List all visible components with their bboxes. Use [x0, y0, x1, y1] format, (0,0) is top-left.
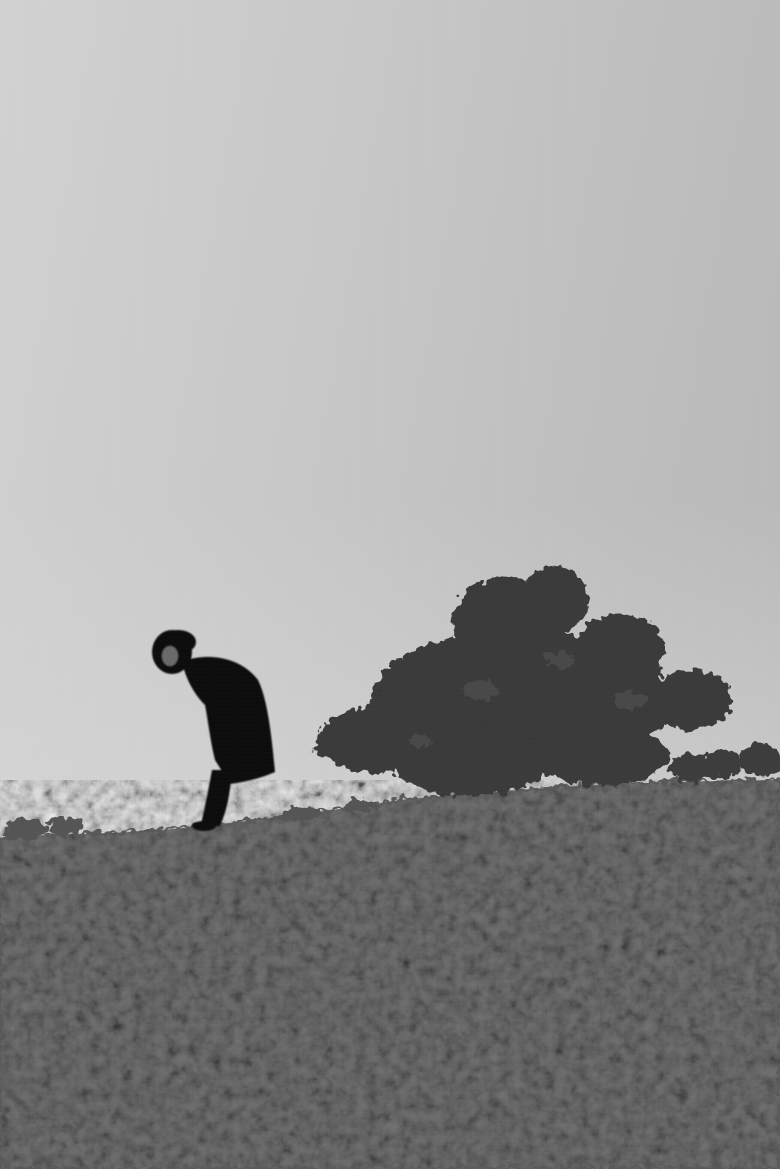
- person-silhouette: [152, 630, 275, 831]
- hillside: [0, 780, 780, 1169]
- photograph: [0, 0, 780, 1169]
- shrubs: [668, 744, 780, 782]
- scene: [0, 0, 780, 1169]
- tree: [314, 566, 732, 796]
